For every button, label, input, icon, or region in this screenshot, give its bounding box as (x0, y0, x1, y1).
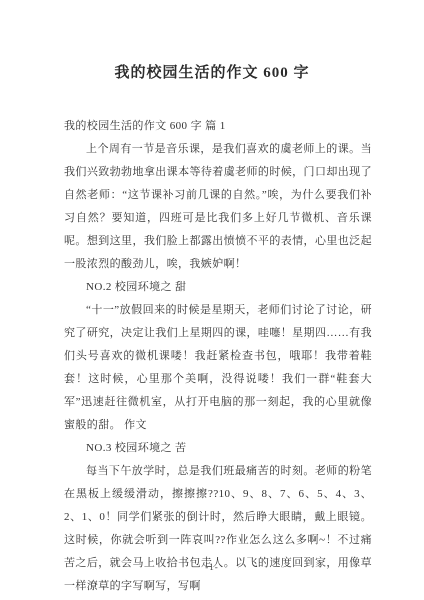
paragraph: 上个周有一节是音乐课，是我们喜欢的虞老师上的课。当我们兴致勃勃地拿出课本等待着虞… (64, 138, 372, 276)
paragraph: “十一”放假回来的时候是星期天，老师们讨论了讨论，研究了研究，决定让我们上星期四… (64, 299, 372, 437)
document-page: 我的校园生活的作文 600 字 我的校园生活的作文 600 字 篇 1 上个周有… (0, 0, 424, 600)
document-subtitle: 我的校园生活的作文 600 字 篇 1 (64, 115, 372, 138)
page-number: -1- (0, 562, 424, 572)
document-body: 我的校园生活的作文 600 字 篇 1 上个周有一节是音乐课，是我们喜欢的虞老师… (64, 115, 372, 598)
paragraph: 每当下午放学时，总是我们班最痛苦的时刻。老师的粉笔在黑板上缓缓滑动，擦擦擦??1… (64, 460, 372, 598)
document-title: 我的校园生活的作文 600 字 (0, 61, 424, 82)
section-heading-no2: NO.2 校园环境之 甜 (64, 276, 372, 299)
section-heading-no3: NO.3 校园环境之 苦 (64, 437, 372, 460)
